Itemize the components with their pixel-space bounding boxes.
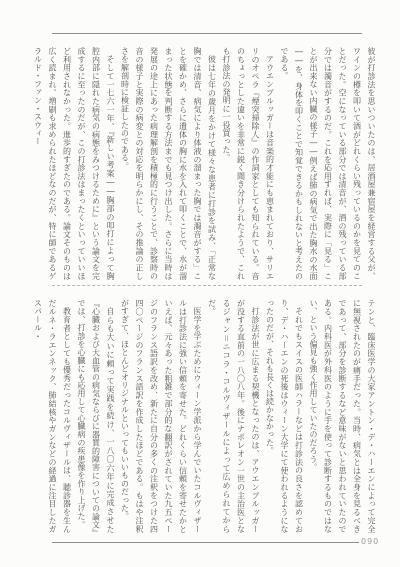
lower-paragraph-3: 打診法が世に広まる契機となったのは、アウエンブルッガーが没する直前の一八〇八年。…: [204, 299, 262, 533]
lower-paragraph-2: それでもスイスの医師ハラーなどは打診法の良さを認めており、デ・ハーエンの死後はウ…: [262, 299, 306, 533]
upper-text-section: 彼が打診法を思いついたのは、居酒屋兼宿屋を経営する父が、ワインの樽を叩いて酒がど…: [50, 47, 378, 280]
footer-rule: [52, 542, 359, 543]
lower-paragraph-1: テンと、臨床医学の大家アントン・デ・ハーエンによって完全に無視されたのが痛手だっ…: [306, 299, 379, 533]
lower-text-section: テンと、臨床医学の大家アントン・デ・ハーエンによって完全に無視されたのが痛手だっ…: [50, 299, 378, 533]
book-page: 彼が打診法を思いついたのは、居酒屋兼宿屋を経営する父が、ワインの樽を叩いて酒がど…: [0, 0, 400, 567]
upper-paragraph-1: 彼が打診法を思いついたのは、居酒屋兼宿屋を経営する父が、ワインの樽を叩いて酒がど…: [277, 47, 379, 280]
lower-paragraph-5: 自らも大いに頼って実践を続け、一八〇六年に完成させた『心臓および大血管の病気なら…: [74, 299, 118, 533]
section-divider-rule: [52, 285, 362, 286]
header-rule: [52, 33, 362, 34]
upper-paragraph-4: そして一七六一年、『新しい考案――胸部の叩打によって胸腔内部に隠れた病気の病態を…: [30, 47, 117, 280]
lower-paragraph-4: 医学を学ぶためにウィーン学派から学んでいたコルヴィザールは打診法に強い信頼を寄せ…: [117, 299, 204, 533]
page-number: 090: [361, 537, 379, 546]
upper-paragraph-2: アウエンブルッガーは音楽的才能にも恵まれており、サリエリのオペラ『煙突掃除人』の…: [219, 47, 277, 280]
lower-paragraph-6: 教育者としても優秀だったコルヴィザールは、聴診器を生んだルネ・ラエンネック、肺結…: [30, 299, 74, 533]
upper-paragraph-3: 彼は七年の歳月をかけて様々な患者に打診を試み、「正常な胸では清音、病気により体液…: [117, 47, 219, 280]
